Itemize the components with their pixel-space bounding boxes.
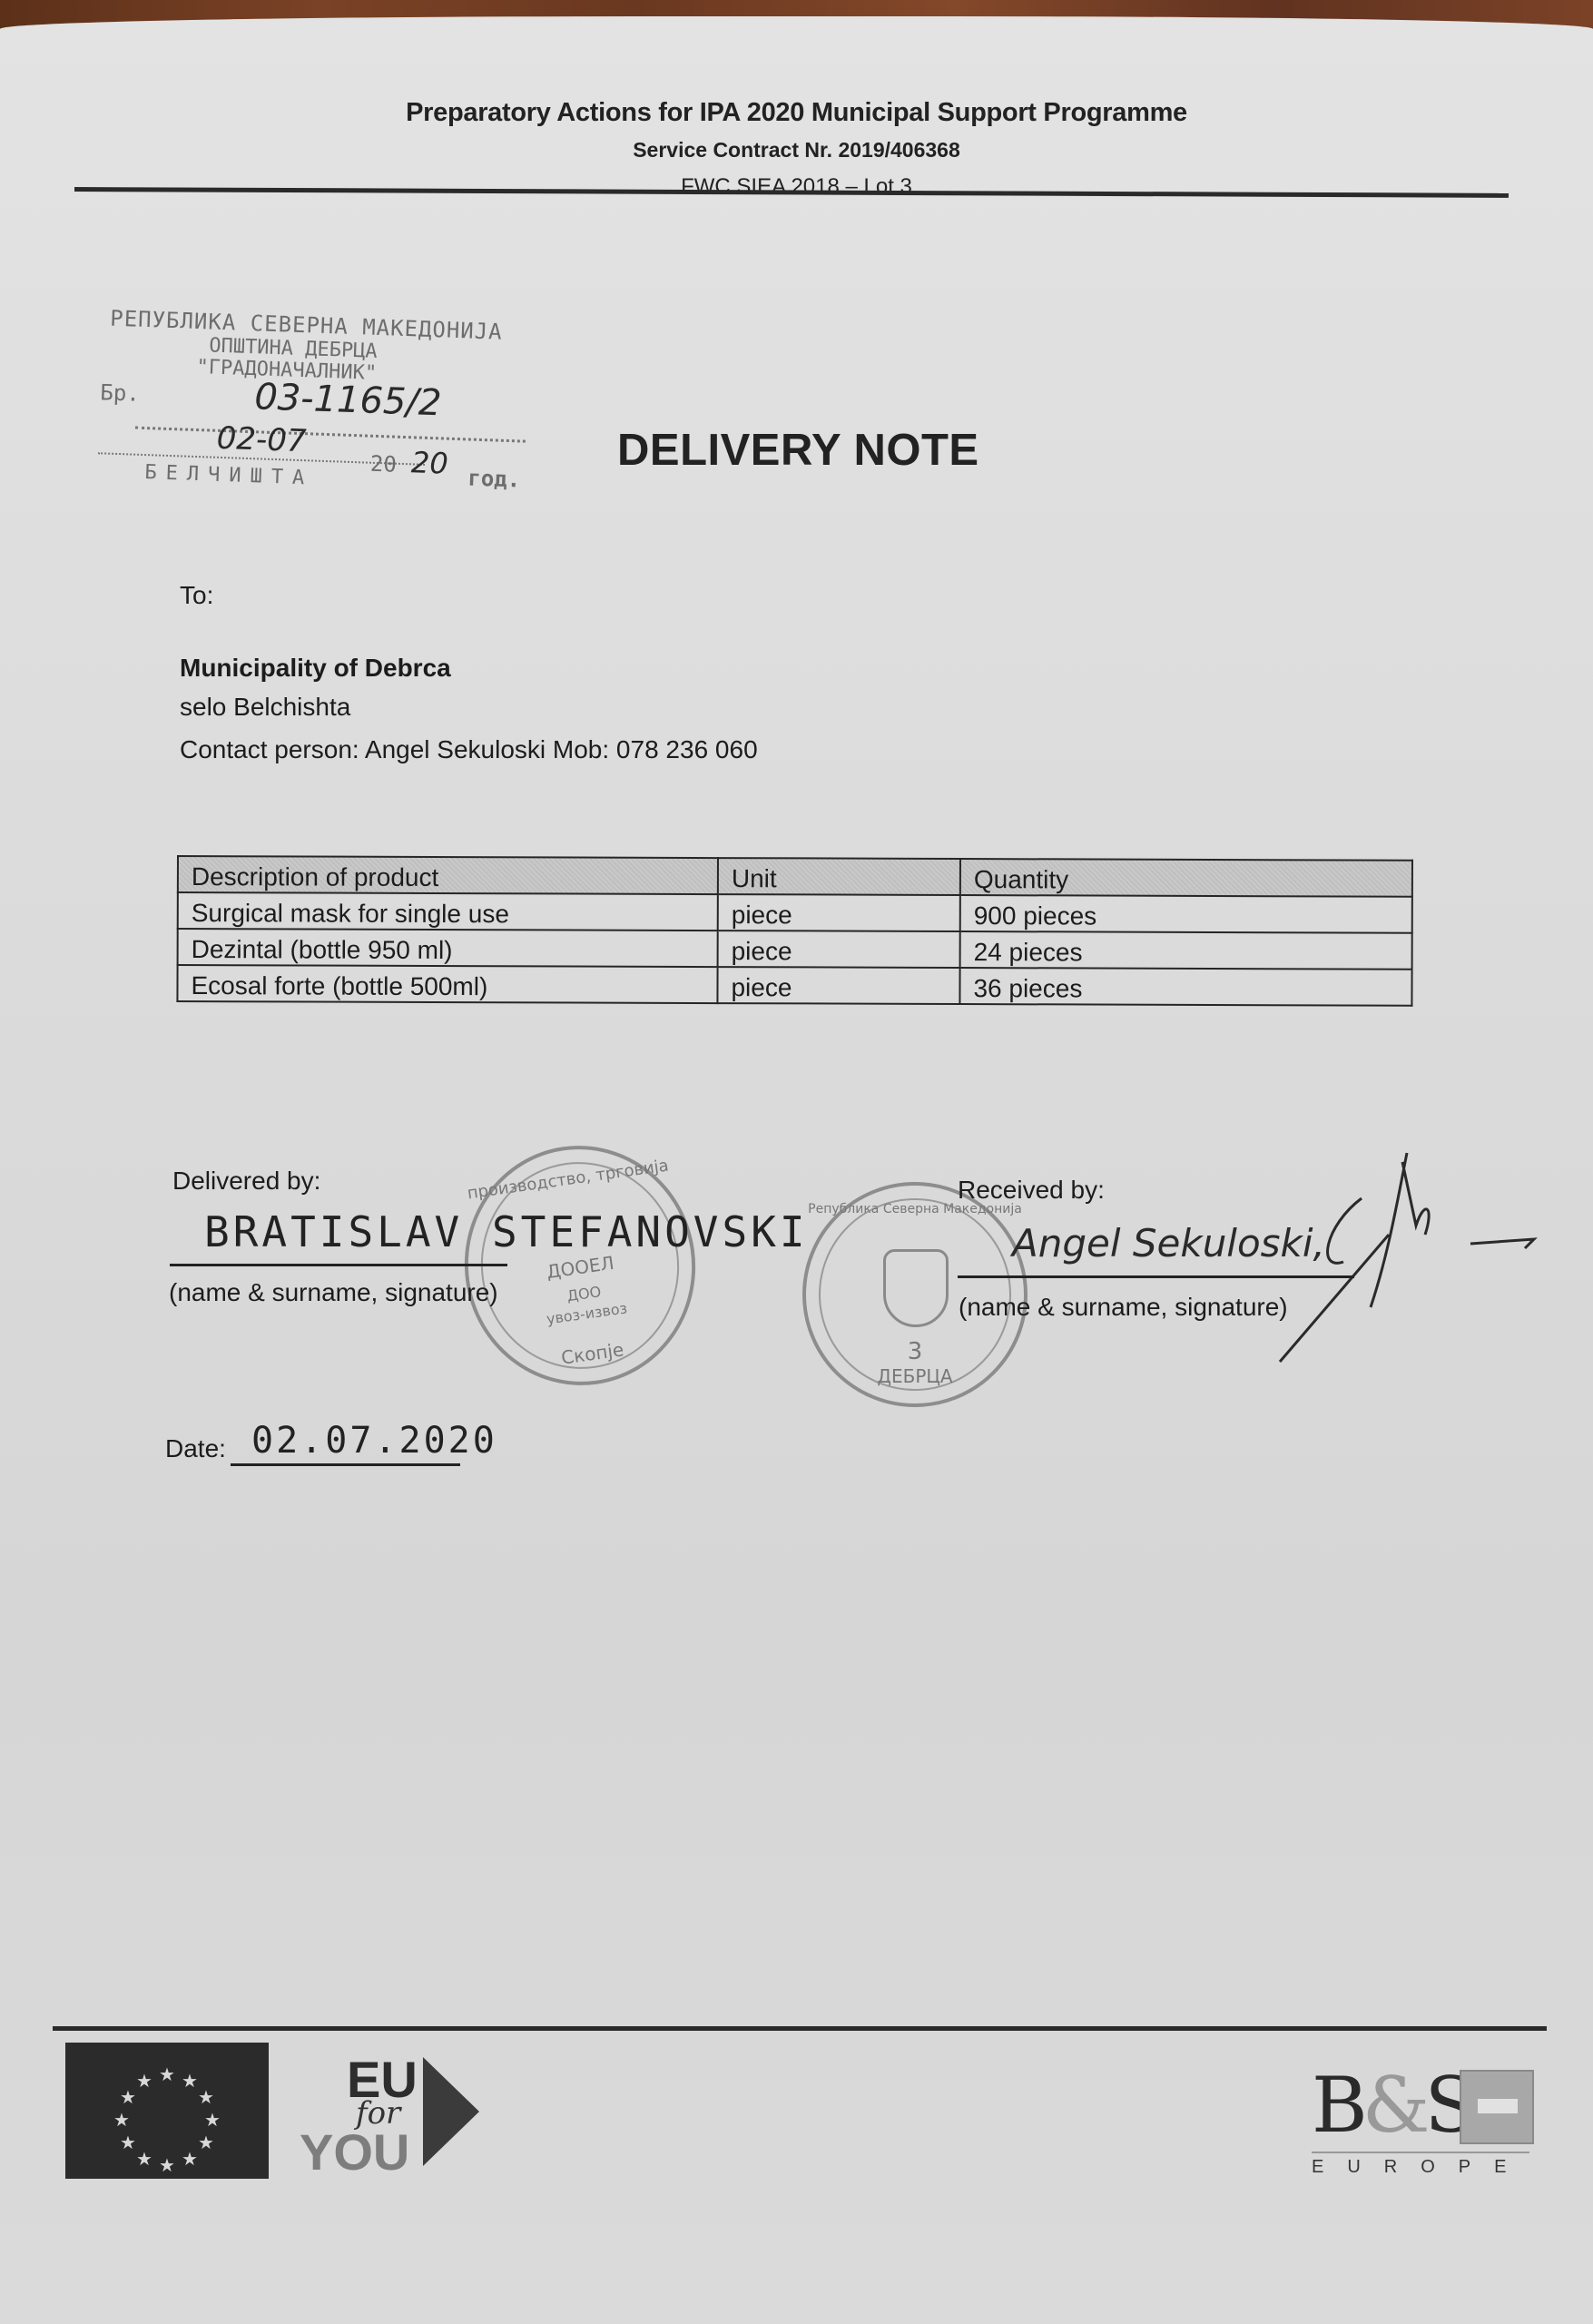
eu-for-you-logo: EU for YOU (300, 2050, 490, 2177)
svg-text:★: ★ (159, 2154, 175, 2176)
svg-text:★: ★ (113, 2109, 130, 2131)
registry-stamp: РЕПУБЛИКА СЕВЕРНА МАКЕДОНИЈА ОПШТИНА ДЕБ… (96, 305, 556, 511)
received-by-label: Received by: (958, 1176, 1105, 1205)
received-by-hint: (name & surname, signature) (959, 1293, 1288, 1322)
cell-description: Ecosal forte (bottle 500ml) (177, 965, 717, 1003)
cell-description: Surgical mask for single use (178, 892, 718, 931)
cell-quantity: 24 pieces (960, 931, 1412, 970)
svg-text:★: ★ (136, 2070, 152, 2092)
cell-unit: piece (718, 931, 960, 968)
date-label: Date: (165, 1434, 226, 1463)
programme-title: Preparatory Actions for IPA 2020 Municip… (0, 98, 1593, 128)
table-row: Dezintal (bottle 950 ml) piece 24 pieces (178, 929, 1412, 970)
column-header-quantity: Quantity (960, 859, 1412, 897)
date-value: 02.07.2020 (251, 1420, 497, 1462)
svg-text:★: ★ (204, 2109, 221, 2131)
stamp-year: 20 (410, 445, 448, 480)
signature-flourish-icon (1253, 1144, 1579, 1371)
svg-text:★: ★ (159, 2063, 175, 2085)
stamp-number-label: Бр. (100, 379, 140, 406)
logo-b: B (1312, 2061, 1362, 2150)
table-header-row: Description of product Unit Quantity (178, 856, 1412, 897)
seal-number: 3 (806, 1338, 1024, 1365)
date-line (231, 1463, 460, 1466)
svg-text:★: ★ (120, 2086, 136, 2108)
stamp-number: 03-1165/2 (254, 376, 443, 424)
delivered-by-label: Delivered by: (172, 1167, 320, 1196)
recipient-name: Municipality of Debrca (180, 654, 451, 683)
logo-bs-text: B&S (1312, 2061, 1471, 2150)
received-by-signature-line (958, 1275, 1354, 1278)
footer-divider (53, 2026, 1547, 2031)
svg-text:★: ★ (198, 2086, 214, 2108)
logo-amp: & (1362, 2061, 1425, 2150)
logo-you-text: YOU (300, 2122, 409, 2181)
stamp-dotted-line (135, 427, 526, 443)
stamp-date: 02-07 (216, 420, 307, 459)
arrow-box-icon (1460, 2070, 1534, 2144)
eu-stars-icon: ★★★ ★★★ ★★★ ★★★ (65, 2043, 269, 2179)
stamp-year-prefix: 20 (369, 451, 397, 478)
municipality-crest-icon (883, 1249, 949, 1327)
logo-europe-text: EUROPE (1312, 2152, 1529, 2178)
svg-text:★: ★ (136, 2148, 152, 2170)
table-row: Surgical mask for single use piece 900 p… (178, 892, 1412, 933)
svg-text:★: ★ (182, 2070, 198, 2092)
recipient-contact: Contact person: Angel Sekuloski Mob: 078… (180, 735, 758, 764)
cell-unit: piece (718, 894, 960, 931)
cell-description: Dezintal (bottle 950 ml) (178, 929, 718, 967)
delivered-by-hint: (name & surname, signature) (169, 1278, 498, 1307)
eu-flag-logo: ★★★ ★★★ ★★★ ★★★ (65, 2043, 269, 2179)
contract-number: Service Contract Nr. 2019/406368 (0, 138, 1593, 162)
stamp-city: БЕЛЧИШТА (144, 461, 314, 489)
delivered-by-signature-line (170, 1264, 507, 1266)
arrow-flag-icon (423, 2057, 479, 2166)
recipient-address: selo Belchishta (180, 693, 350, 722)
seal-bottom-text: ДЕБРЦА (806, 1365, 1024, 1387)
products-table: Description of product Unit Quantity Sur… (176, 855, 1413, 1007)
svg-text:★: ★ (182, 2148, 198, 2170)
cell-unit: piece (717, 967, 959, 1004)
table-row: Ecosal forte (bottle 500ml) piece 36 pie… (177, 965, 1411, 1006)
column-header-unit: Unit (718, 858, 960, 895)
svg-text:★: ★ (198, 2132, 214, 2153)
stamp-year-suffix: год. (467, 465, 521, 492)
to-label: To: (180, 581, 213, 610)
cell-quantity: 36 pieces (959, 968, 1411, 1006)
cell-quantity: 900 pieces (960, 895, 1412, 933)
column-header-description: Description of product (178, 856, 718, 894)
delivered-by-signature: BRATISLAV STEFANOVSKI (204, 1207, 809, 1256)
bs-europe-logo: B&S EUROPE (1307, 2061, 1543, 2179)
svg-text:★: ★ (120, 2132, 136, 2153)
document-title: DELIVERY NOTE (617, 425, 979, 476)
